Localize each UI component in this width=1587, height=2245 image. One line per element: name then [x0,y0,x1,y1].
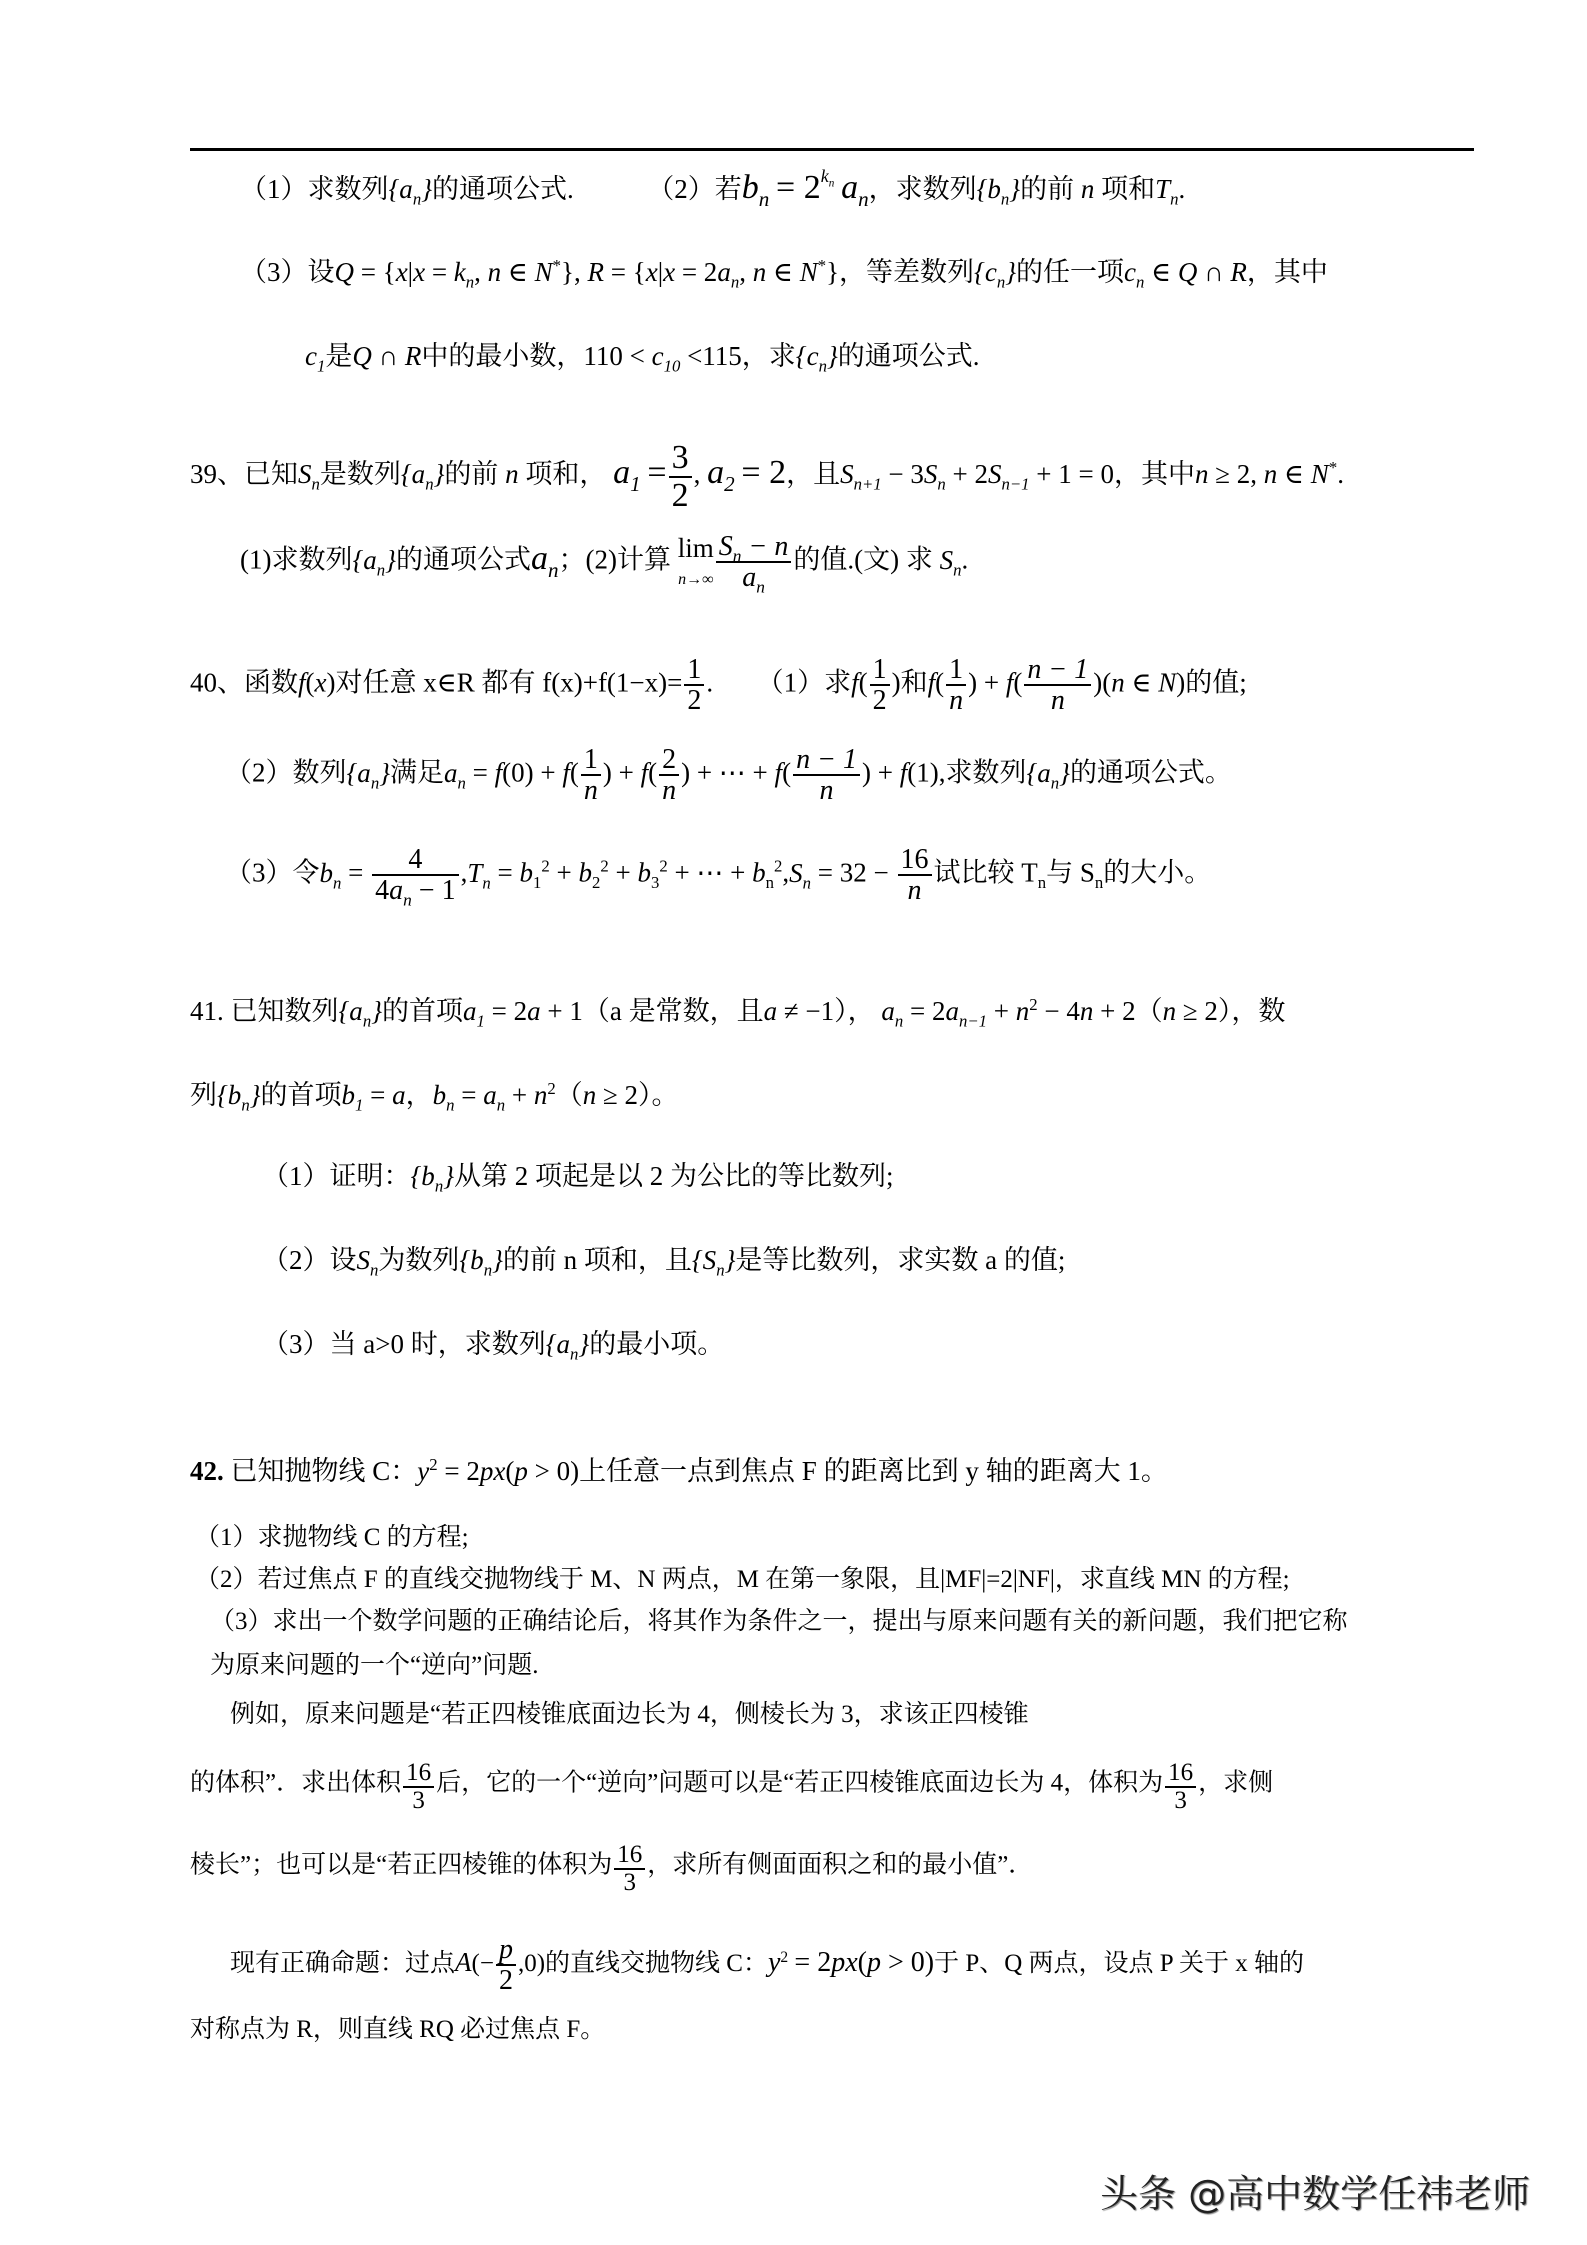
text: ，求数列 [869,174,977,204]
text: （a 是常数，且 [583,996,764,1026]
text: 已知数列 [231,996,339,1026]
q41-part2: （2）设Sn为数列{bn}的前 n 项和，且{Sn}是等比数列，求实数 a 的值… [262,1242,1065,1278]
text: 和 [901,668,928,698]
question-number: 41. [190,996,224,1026]
text: 的前 [444,459,498,489]
q38-part3-line2: c1是Q ∩ R中的最小数，110 < c10 <115，求{cn}的通项公式. [305,338,980,374]
question-number: 42. [190,1456,224,1486]
text: 的通项公式. [432,174,574,204]
text: 是等比数列，求实数 a 的值; [735,1245,1065,1275]
text: 项和 [1101,174,1155,204]
q42-proposition-line1: 现有正确命题：过点A(−p2,0)的直线交抛物线 C：y2 = 2px(p > … [230,1935,1304,1996]
q42-proposition-line2: 对称点为 R，则直线 RQ 必过焦点 F。 [190,2012,605,2048]
text: 的体积”．求出体积 [190,1769,401,1796]
text: 的前 n 项和，且 [503,1245,692,1275]
text: 为原来问题的一个“逆向”问题. [210,1652,538,1679]
text: ， [406,1080,433,1110]
text: (1)求数列 [240,545,352,575]
text: 的大小。 [1103,858,1211,888]
header-rule [190,148,1474,151]
text: 的通项公式 [396,545,531,575]
q40-part3: （3）令bn = 44an − 1,Tn = b12 + b22 + b32 +… [225,845,1211,906]
text: 上任意一点到焦点 F 的距离比到 y 轴的距离大 1。 [579,1456,1168,1486]
text: 中的最小数， [421,341,583,371]
q42-part1: （1）求抛物线 C 的方程; [195,1520,469,1556]
text: ，其中 [1247,257,1328,287]
q42-part3-line2: 为原来问题的一个“逆向”问题. [210,1648,538,1684]
q42-part2: （2）若过焦点 F 的直线交抛物线于 M、N 两点，M 在第一象限，且|MF|=… [195,1562,1290,1598]
text: 后，它的一个“逆向”问题可以是“若正四棱锥底面边长为 4，体积为 [436,1769,1163,1796]
text: 项和， [525,459,606,489]
q42-part3-line1: （3）求出一个数学问题的正确结论后，将其作为条件之一，提出与原来问题有关的新问题… [210,1604,1348,1640]
text: （1）求 [757,668,852,698]
text: 与 S [1046,858,1095,888]
text: ，等差数列 [839,257,974,287]
q42-stem: 42. 已知抛物线 C：y2 = 2px(p > 0)上任意一点到焦点 F 的距… [190,1453,1168,1489]
text: （2）数列 [225,758,347,788]
text: 的直线交抛物线 C： [545,1950,768,1977]
text: ，求 [742,341,796,371]
q38-part1: （1）求数列{an}的通项公式. （2）若bn = 2kn an，求数列{bn}… [240,170,1185,207]
text: 的通项公式。 [1070,758,1232,788]
text: 的值.(文) 求 [793,545,932,575]
text: 列 [190,1080,217,1110]
text: （2）若过焦点 F 的直线交抛物线于 M、N 两点，M 在第一象限，且|MF|=… [195,1566,1290,1593]
text: 满足 [390,758,444,788]
text: （3）设 [240,257,335,287]
text: ，求所有侧面面积之和的最小值”． [647,1851,1033,1878]
text: ，求侧 [1198,1769,1273,1796]
text: ），数 [1218,996,1286,1026]
text: 对任意 x∈R 都有 f(x)+f(1−x)= [336,668,683,698]
question-number: 39、已知 [190,459,298,489]
text: 对称点为 R，则直线 RQ 必过焦点 F。 [190,2016,605,2043]
text: 棱长”；也可以是“若正四棱锥的体积为 [190,1851,612,1878]
q40-stem: 40、函数f(x)对任意 x∈R 都有 f(x)+f(1−x)=12. （1）求… [190,655,1247,716]
text: （3）当 a>0 时，求数列 [262,1329,546,1359]
text: 的前 [1020,174,1074,204]
text: （ [1136,996,1163,1026]
text: 的任一项 [1016,257,1124,287]
text: 从第 2 项起是以 2 为公比的等比数列; [454,1161,894,1191]
text: （2）若 [647,174,742,204]
text: （1）证明： [262,1161,411,1191]
q41-stem-line2: 列{bn}的首项b1 = a，bn = an + n2（n ≥ 2）。 [190,1077,679,1113]
text: 试比较 T [934,858,1038,888]
text: 是数列 [320,459,401,489]
text: 于 P、Q 两点，设点 P 关于 x 轴的 [934,1950,1304,1977]
text: ,求数列 [939,758,1027,788]
q40-part2: （2）数列{an}满足an = f(0) + f(1n) + f(2n) + ⋯… [225,745,1232,806]
text: （2）设 [262,1245,357,1275]
text: ，且 [786,459,840,489]
text: ）， [834,996,875,1026]
text: （ [556,1080,583,1110]
watermark: 头条 @高中数学任祎老师 [1100,2163,1530,2218]
q41-stem-line1: 41. 已知数列{an}的首项a1 = 2a + 1（a 是常数，且a ≠ −1… [190,993,1285,1029]
text: 的通项公式. [838,341,980,371]
q41-part1: （1）证明：{bn}从第 2 项起是以 2 为公比的等比数列; [262,1158,894,1194]
q41-part3: （3）当 a>0 时，求数列{an}的最小项。 [262,1326,724,1362]
text: 的首项 [261,1080,342,1110]
q38-part3-line1: （3）设Q = {x|x = kn, n ∈ N*}, R = {x|x = 2… [240,254,1328,290]
text: 的值; [1185,668,1247,698]
text: （3）求出一个数学问题的正确结论后，将其作为条件之一，提出与原来问题有关的新问题… [210,1608,1348,1635]
text: ）。 [638,1080,679,1110]
text: （1）求抛物线 C 的方程; [195,1524,469,1551]
text: 是 [325,341,352,371]
text: 的最小项。 [589,1329,724,1359]
q39-stem: 39、已知Sn是数列{an}的前 n 项和， a1 =32, a2 = 2，且S… [190,440,1344,513]
q42-example-line3: 棱长”；也可以是“若正四棱锥的体积为163，求所有侧面面积之和的最小值”． [190,1842,1033,1897]
q42-example-line2: 的体积”．求出体积163后，它的一个“逆向”问题可以是“若正四棱锥底面边长为 4… [190,1760,1273,1815]
text: （3）令 [225,858,320,888]
text: 已知抛物线 C： [231,1456,418,1486]
text: 例如，原来问题是“若正四棱锥底面边长为 4，侧棱长为 3，求该正四棱锥 [230,1701,1029,1728]
question-number: 40、函数 [190,668,298,698]
text: ；(2)计算 [559,545,671,575]
text: （1）求数列 [240,174,389,204]
text: 为数列 [378,1245,459,1275]
text: 现有正确命题：过点 [230,1950,455,1977]
text: ，其中 [1114,459,1195,489]
text: 的首项 [382,996,463,1026]
q39-parts: (1)求数列{an}的通项公式an；(2)计算 limn→∞Sn − nan的值… [240,532,968,593]
q42-example-line1: 例如，原来问题是“若正四棱锥底面边长为 4，侧棱长为 3，求该正四棱锥 [230,1697,1029,1733]
